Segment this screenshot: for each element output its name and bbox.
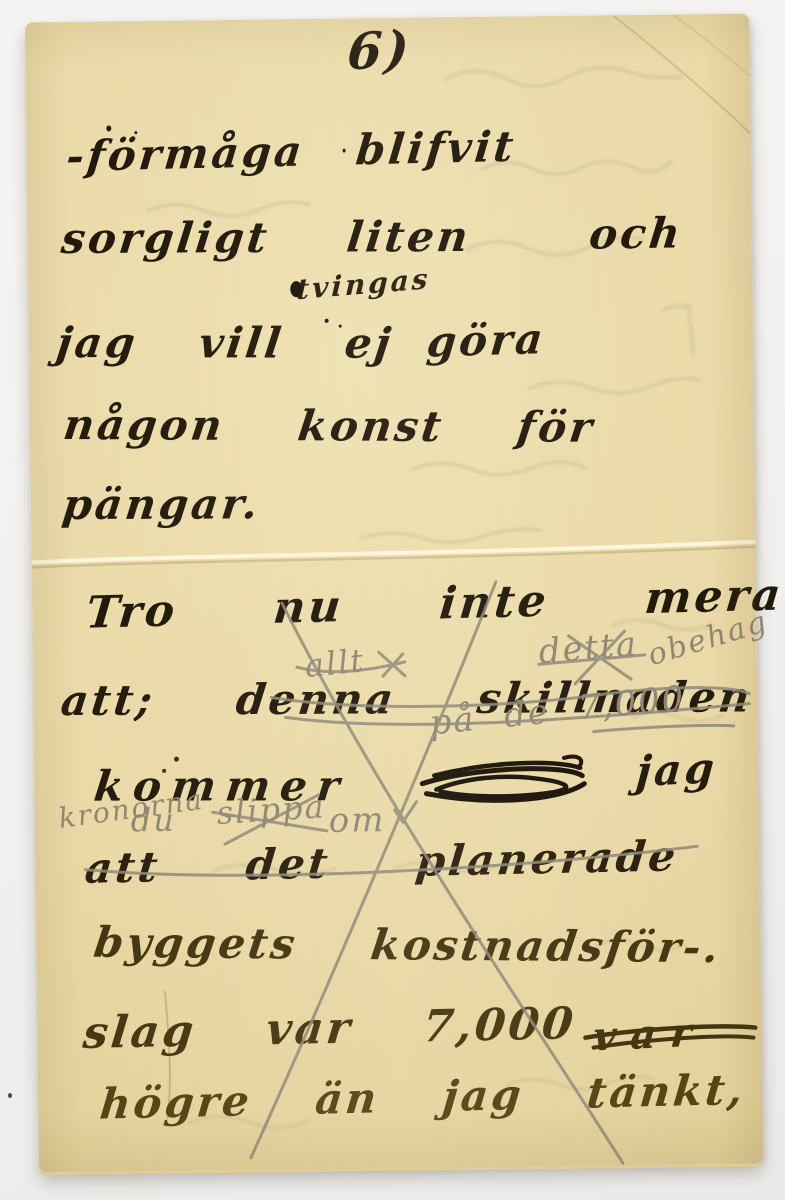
ink-speck [343,149,346,153]
ink-blot-tvingas [290,281,302,297]
ink-scribble-out [436,776,566,797]
ink-speck [134,131,137,134]
letter-paper: 6) -förmåga blifvit sorgligt liten och t… [25,14,763,1173]
backdrop-speck [8,1093,12,1098]
pencil-x-detta [538,631,645,684]
ink-speck [162,769,166,773]
ink-speck [339,325,342,328]
pencil-x-slippa [212,795,327,844]
pencil-strike-line9 [85,846,697,877]
photo-background: 6) -förmåga blifvit sorgligt liten och t… [0,0,785,1200]
ink-speck [174,757,179,762]
ink-speck [115,149,119,153]
big-pencil-x-stroke-1 [282,599,623,1167]
pencil-strike-line7-b [285,704,749,726]
ink-speck [106,125,111,131]
pencil-strike-line7-a [271,687,749,708]
ink-speck [325,319,329,323]
marks-layer [25,14,763,1173]
ink-strike-var [593,1036,753,1048]
pencil-strike-7000 [594,725,734,731]
